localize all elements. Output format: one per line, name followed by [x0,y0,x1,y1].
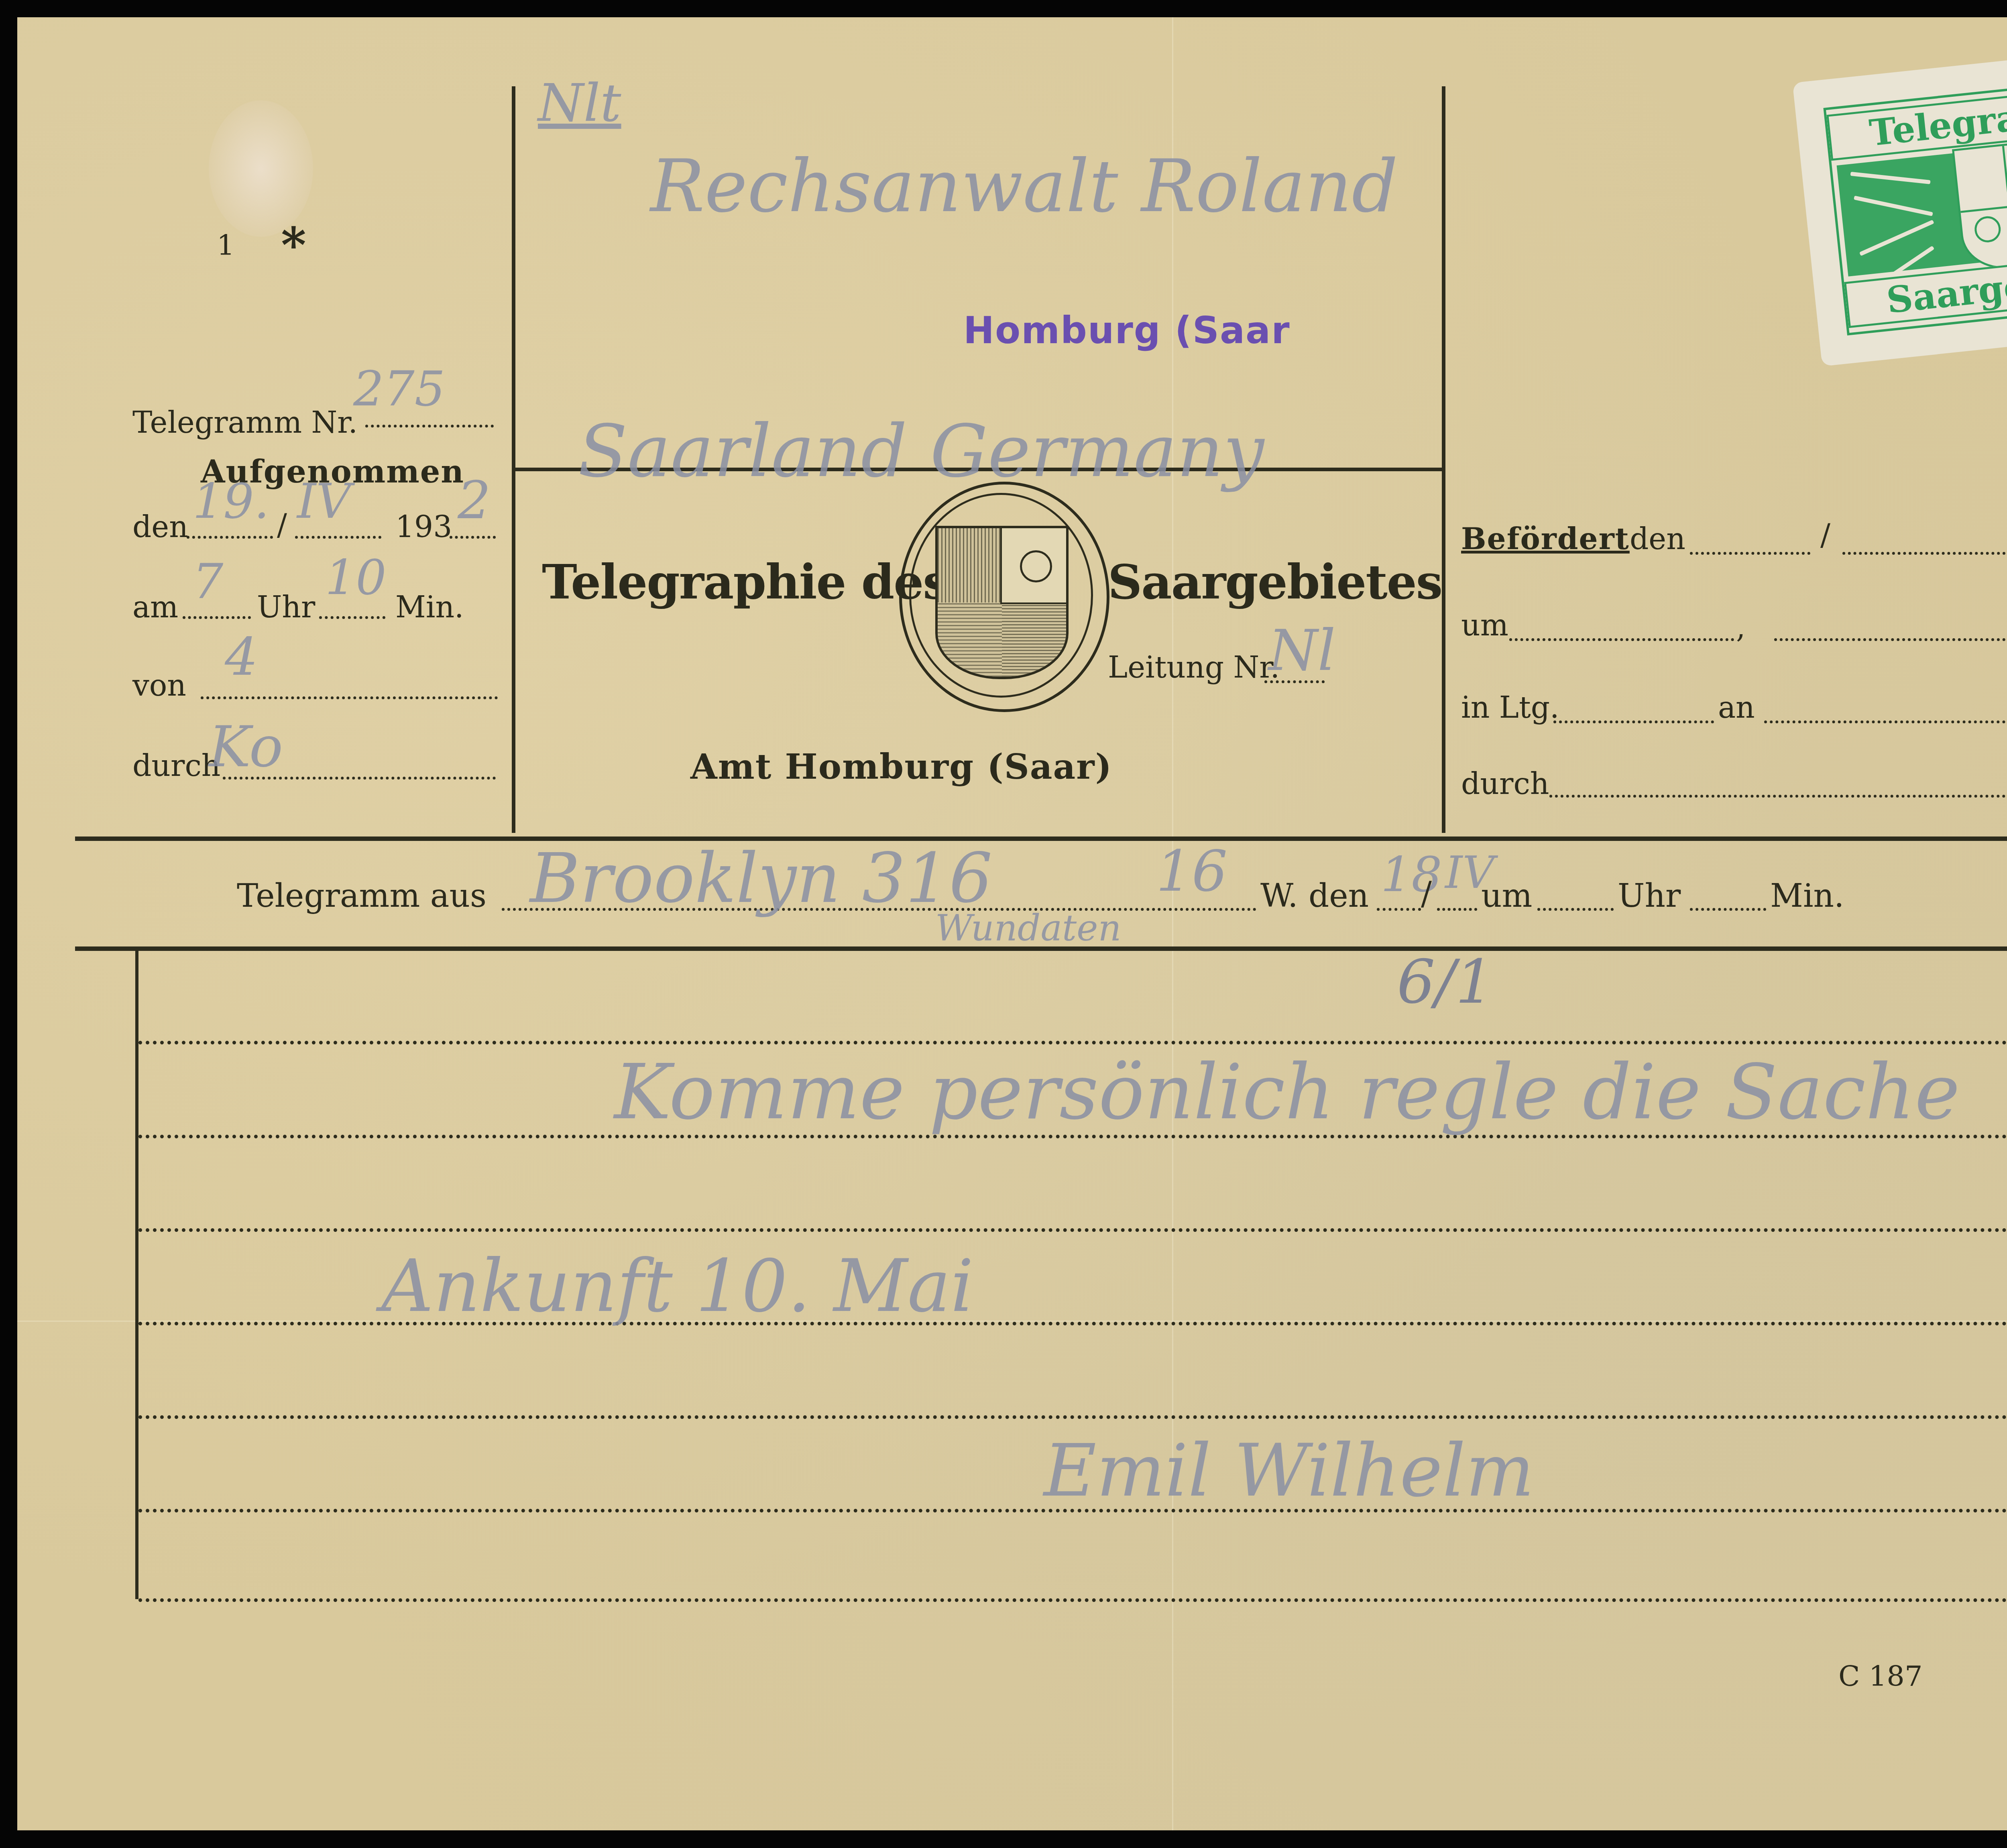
office-handstamp: Homburg (Saar [963,309,1291,352]
forwarded-line-field [1553,720,1714,723]
origin-date-separator: / [1421,875,1432,912]
office-name: Amt Homburg (Saar) [690,747,1112,787]
origin-hour-line [1537,908,1614,911]
origin-month-line [1437,908,1477,911]
form-title-left: Telegraphie des [542,554,949,610]
label-coat-of-arms-icon [1952,139,2007,273]
min-label: Min. [395,590,464,625]
telegram-nr-value: 275 [353,361,445,417]
origin-minute-label: Min. [1770,877,1844,914]
date-day-value: 19. [193,474,269,529]
origin-value: Brooklyn 316 [530,839,992,918]
date-month-field-line [295,536,381,539]
message-signature: Emil Wilhelm [1044,1429,1534,1513]
fold-crease [1172,17,1173,1830]
origin-day-value: 18 [1381,847,1442,903]
forwarded-date-separator: / [1820,518,1830,552]
label-frame: Telegraphie des Saargebiets [1823,74,2007,336]
words-label: W. [1260,877,1298,914]
origin-hour-label: Uhr [1618,877,1681,914]
origin-day-line [1377,908,1421,911]
year-field-line [450,536,496,539]
uhr-label: Uhr [257,590,315,625]
sheet-number: 1 [217,229,235,262]
form-number: C 187 [1838,1660,1922,1693]
origin-extra-mark: 6/1 [1397,947,1494,1017]
recipient-line-1: Rechsanwalt Roland [650,145,1398,228]
forwarded-to-label: an [1718,690,1755,725]
year-prefix: 193 [395,510,452,544]
date-separator: / [277,508,287,542]
forwarded-month-line [1842,552,2007,555]
coat-of-arms-icon [935,526,1069,679]
hour-field-line [183,616,251,619]
recipient-line-2: Saarland Germany [578,409,1264,493]
line-nr-label: Leitung Nr. [1108,650,1280,685]
lightning-bolt-icon [1859,220,1934,256]
forwarded-comma: , [1736,610,1746,645]
forwarded-time-line-2 [1774,638,2007,641]
minute-field-line [319,616,385,619]
message-margin-line [135,949,138,1599]
message-rule [138,1041,2007,1044]
origin-date-label: den [1309,877,1369,914]
lightning-bolt-icon [1854,195,1933,216]
forwarded-by-field [1549,795,2007,798]
minute-value: 10 [325,550,387,606]
from-value: 4 [225,626,258,687]
hour-value: 7 [193,554,223,610]
forwarded-time-line [1509,638,1734,641]
lightning-bolt-icon [1850,172,1931,184]
by-label: durch [132,749,221,783]
forwarded-by-label: durch [1461,767,1549,801]
asterisk-icon: * [281,217,306,273]
paper-stain [209,100,313,237]
forwarded-to-field [1764,720,2007,723]
telegram-nr-label: Telegramm Nr. [132,405,358,440]
forwarded-day-line [1690,552,1810,555]
telegram-nr-field-line [365,425,494,427]
telegraph-label-stamp: Telegraphie des Saargebiets [1797,47,2007,362]
time-am-label: am [132,590,178,625]
word-count-value: 16 [1156,839,1227,904]
form-title-right: Saargebietes [1108,554,1442,610]
from-label: von [132,668,186,703]
word-count-note: Wundaten [935,907,1121,949]
message-line-2: Ankunft 10. Mai [381,1244,974,1328]
divider-vertical-right [1442,86,1445,833]
date-label: den [132,510,188,544]
line-nr-value: Nl [1268,618,1335,684]
year-suffix: 2 [458,470,491,531]
operator-note: Nlt [538,72,621,133]
origin-time-label: um [1481,877,1532,914]
by-value: Ko [209,714,283,780]
divider-vertical-left [512,86,515,833]
forwarded-time-label: um [1461,608,1508,643]
origin-label: Telegramm aus [237,877,486,914]
forwarded-date-label: den [1630,522,1685,556]
message-line-1: Komme persönlich regle die Sache [614,1048,1960,1136]
message-rule [138,1598,2007,1602]
forwarded-heading: Befördert [1461,522,1630,556]
message-rule [138,1415,2007,1419]
forwarded-line-label: in Ltg. [1461,690,1559,725]
divider-header-bottom [75,836,2007,841]
origin-minute-line [1690,908,1766,911]
from-field-line [201,696,498,699]
date-month-value: IV [297,474,351,529]
message-rule [138,1228,2007,1232]
date-day-field-line [187,536,273,539]
